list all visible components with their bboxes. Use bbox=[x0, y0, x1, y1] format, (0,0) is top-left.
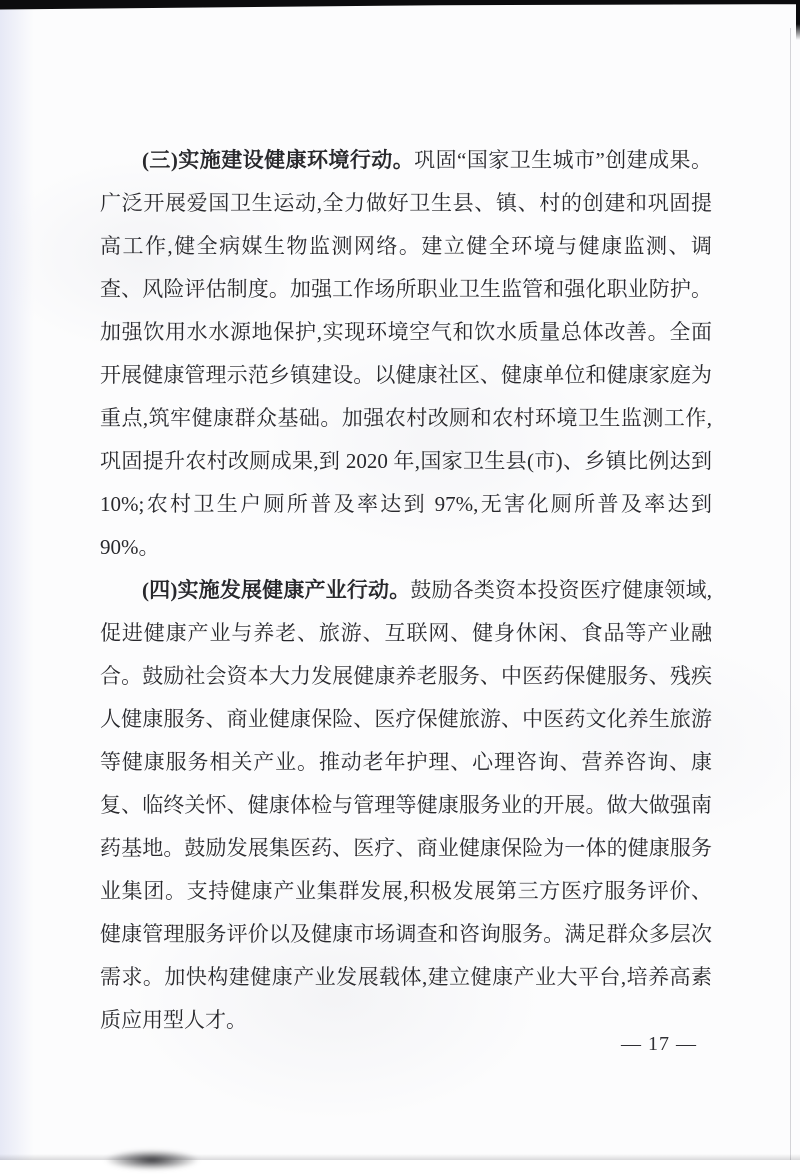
paragraph-3: (三)实施建设健康环境行动。巩固“国家卫生城市”创建成果。广泛开展爱国卫生运动,… bbox=[100, 139, 712, 569]
scan-edge-right-corner bbox=[796, 0, 800, 40]
paragraph-4-heading: (四)实施发展健康产业行动。 bbox=[142, 578, 410, 602]
paragraph-3-text: 巩固“国家卫生城市”创建成果。广泛开展爱国卫生运动,全力做好卫生县、镇、村的创建… bbox=[100, 148, 712, 559]
paragraph-3-heading: (三)实施建设健康环境行动。 bbox=[142, 148, 414, 172]
document-page: (三)实施建设健康环境行动。巩固“国家卫生城市”创建成果。广泛开展爱国卫生运动,… bbox=[0, 0, 800, 1160]
scan-shadow-bottom bbox=[0, 1154, 800, 1160]
paragraph-4: (四)实施发展健康产业行动。鼓励各类资本投资医疗健康领域,促进健康产业与养老、旅… bbox=[100, 569, 712, 1042]
document-body: (三)实施建设健康环境行动。巩固“国家卫生城市”创建成果。广泛开展爱国卫生运动,… bbox=[100, 0, 712, 1042]
paragraph-4-text: 鼓励各类资本投资医疗健康领域,促进健康产业与养老、旅游、互联网、健身休闲、食品等… bbox=[100, 578, 712, 1032]
page-number: — 17 — bbox=[621, 1031, 697, 1057]
paper-edge-line bbox=[790, 28, 791, 1160]
